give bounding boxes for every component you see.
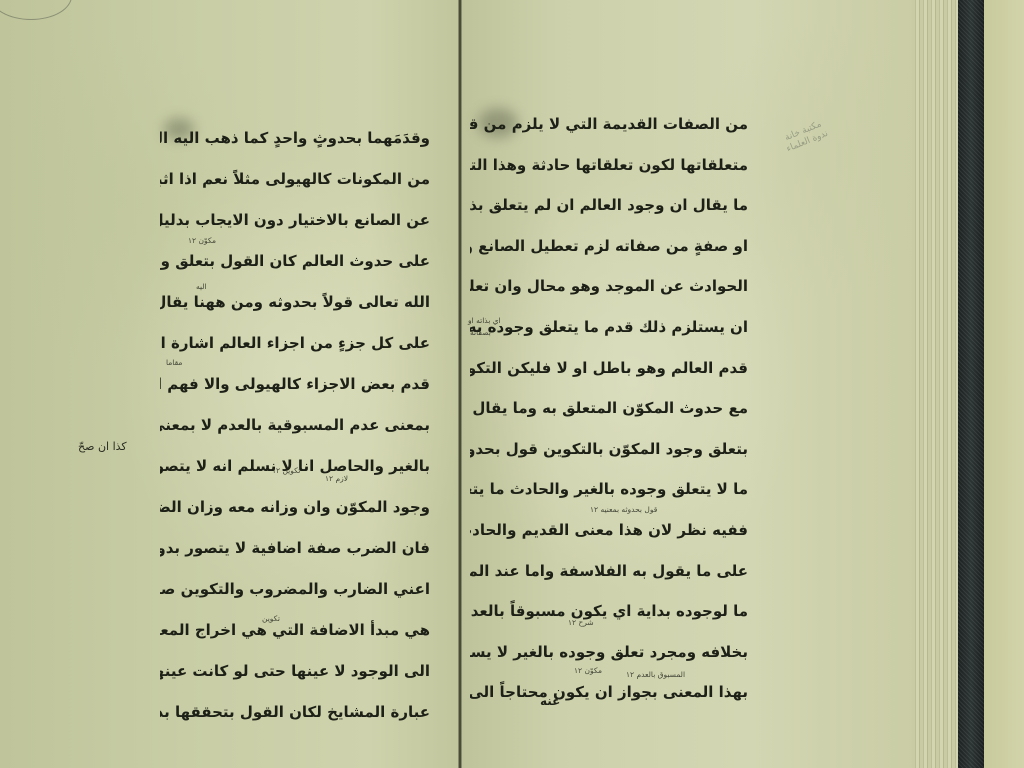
manuscript-spread: وقدَمَهما بحدوثٍ واحدٍ كما ذهب اليه الفل… xyxy=(0,0,1024,768)
text-line: فان الضرب صفة اضافية لا يتصور بدون المضا… xyxy=(160,528,430,569)
text-line: على حدوث العالم كان القول بتعلق وجوده بت… xyxy=(160,241,430,282)
page-edges xyxy=(912,0,958,768)
interlinear-note: بصفاته xyxy=(470,328,491,337)
corner-stamp xyxy=(0,0,72,20)
text-line: بمعنى عدم المسبوقية بالعدم لا بمعنى عدم … xyxy=(160,405,430,446)
text-line: عن الصانع بالاختيار دون الايجاب بدليل لا… xyxy=(160,200,430,241)
catchword: عنه xyxy=(540,694,560,708)
left-page-text: وقدَمَهما بحدوثٍ واحدٍ كما ذهب اليه الفل… xyxy=(160,118,430,733)
text-line: وجود المكوّن وان وزانه معه وزان الضرب مع… xyxy=(160,487,430,528)
text-line: ما لا يتعلق وجوده بالغير والحادث ما يتعل… xyxy=(470,469,748,510)
interlinear-note: مقاما xyxy=(166,358,182,367)
interlinear-note: اليه xyxy=(196,282,207,291)
text-line: ان يستلزم ذلك قدم ما يتعلق وجوده به فيلز… xyxy=(470,307,748,348)
text-line: او صفةٍ من صفاته لزم تعطيل الصانع واستغن… xyxy=(470,226,748,267)
text-line: بخلافه ومجرد تعلق وجوده بالغير لا يستلزم… xyxy=(470,632,748,673)
left-margin-note: كذا ان صحّ xyxy=(78,440,127,453)
interlinear-note: مكوّن ١٢ xyxy=(574,666,602,675)
text-line: ما يقال ان وجود العالم ان لم يتعلق بذات … xyxy=(470,185,748,226)
text-line: الى الوجود لا عينها حتى لو كانت عينها عل… xyxy=(160,651,430,692)
text-line: قدم بعض الاجزاء كالهيولى والا فهم انما ي… xyxy=(160,364,430,405)
text-line: متعلقاتها لكون تعلقاتها حادثة وهذا التحق… xyxy=(470,145,748,186)
text-line: من المكونات كالهيولى مثلاً نعم اذا اثبتن… xyxy=(160,159,430,200)
text-line: هي مبدأ الاضافة التي هي اخراج المعدوم من… xyxy=(160,610,430,651)
text-line: قدم العالم وهو باطل او لا فليكن التكوين … xyxy=(470,348,748,389)
text-line: على ما يقول به الفلاسفة واما عند المتكلم… xyxy=(470,551,748,592)
interlinear-note: لازم ١٢ xyxy=(325,474,348,483)
gutter-fold xyxy=(458,0,462,768)
right-page-text: من الصفات القديمة التي لا يلزم من قدمها … xyxy=(470,104,748,713)
interlinear-note: شرح ١٢ xyxy=(568,618,594,627)
text-line: من الصفات القديمة التي لا يلزم من قدمها … xyxy=(470,104,748,145)
interlinear-note: تكوين xyxy=(262,614,280,623)
text-line: على كل جزءٍ من اجزاء العالم اشارة الى ال… xyxy=(160,323,430,364)
interlinear-note: قول بحدوثه بمعنيه ١٢ xyxy=(590,505,657,514)
text-line: بهذا المعنى بجواز ان يكون محتاجاً الى ال… xyxy=(470,672,748,713)
leather-binding xyxy=(958,0,984,768)
interlinear-note: تكوين ١٢ xyxy=(272,466,300,475)
interlinear-note: المسبوق بالعدم ١٢ xyxy=(626,670,685,679)
interlinear-note: اي بذاته او xyxy=(468,316,501,325)
text-line: ما لوجوده بداية اي يكون مسبوقاً بالعدم و… xyxy=(470,591,748,632)
text-line: اعني الضارب والمضروب والتكوين صفة حقيقية xyxy=(160,569,430,610)
text-line: ففيه نظر لان هذا معنى القديم والحادث بال… xyxy=(470,510,748,551)
back-cover xyxy=(984,0,1024,768)
text-line: الحوادث عن الموجد وهو محال وان تعلق فاما xyxy=(470,266,748,307)
interlinear-note: مكوّن ١٢ xyxy=(188,236,216,245)
text-line: وقدَمَهما بحدوثٍ واحدٍ كما ذهب اليه الفل… xyxy=(160,118,430,159)
text-line: بتعلق وجود المكوّن بالتكوين قول بحدوثه ا… xyxy=(470,429,748,470)
text-line: عبارة المشايخ لكان القول بتحققها بدون ال… xyxy=(160,692,430,733)
text-line: مع حدوث المكوّن المتعلق به وما يقال من ا… xyxy=(470,388,748,429)
